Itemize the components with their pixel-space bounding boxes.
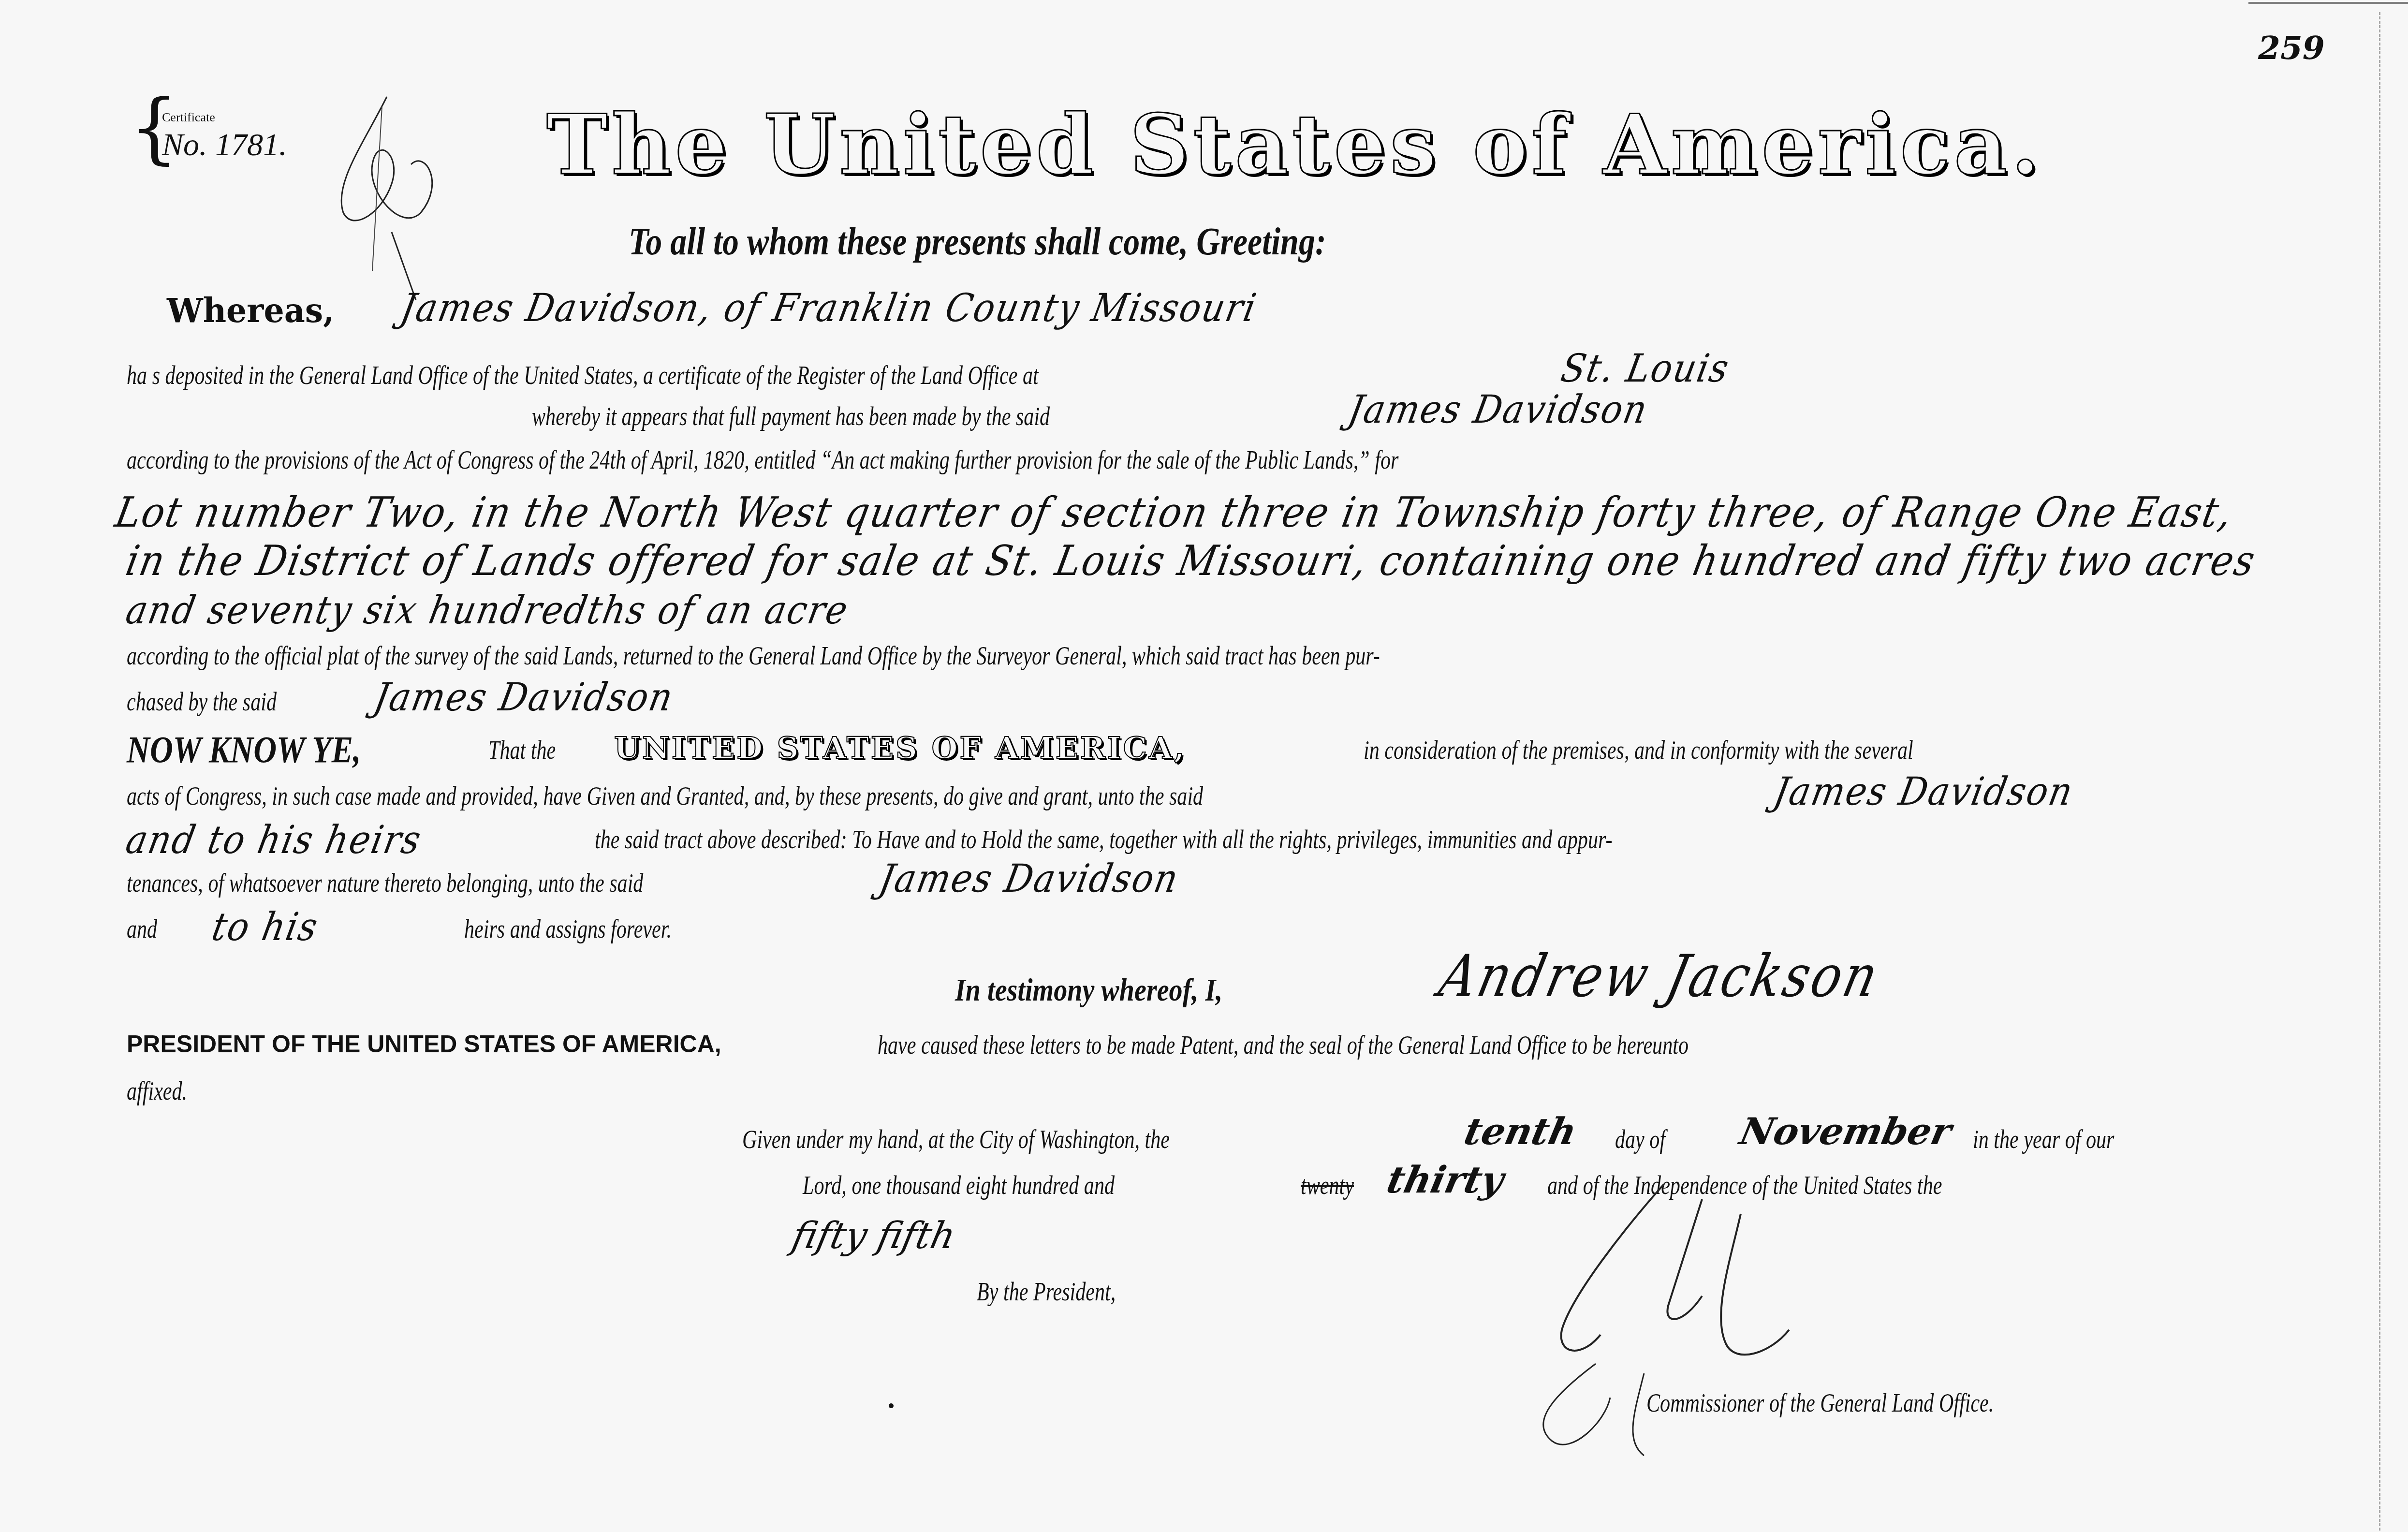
to-his: to his bbox=[208, 904, 323, 949]
month-value: November bbox=[1736, 1110, 1956, 1153]
purchased-by-clause: chased by the said bbox=[127, 687, 277, 717]
grant-clause: acts of Congress, in such case made and … bbox=[127, 781, 1203, 811]
given-clause: Given under my hand, at the City of Wash… bbox=[742, 1124, 1170, 1154]
land-description-lot: Lot number Two, in the North West quarte… bbox=[111, 488, 2237, 537]
page-edge-top bbox=[2248, 2, 2408, 4]
payer-name: James Davidson bbox=[1345, 387, 1652, 432]
land-description-district: in the District of Lands offered for sal… bbox=[122, 537, 2260, 585]
purchaser-name: James Davidson bbox=[370, 675, 677, 720]
president-title: PRESIDENT OF THE UNITED STATES OF AMERIC… bbox=[127, 1030, 721, 1058]
by-the-president: By the President, bbox=[977, 1277, 1116, 1307]
president-signature: Andrew Jackson bbox=[1433, 943, 1886, 1010]
greeting: To all to whom these presents shall come… bbox=[629, 220, 1326, 264]
grantee-name: James Davidson bbox=[1770, 769, 2077, 814]
patent-clause: have caused these letters to be made Pat… bbox=[878, 1030, 1689, 1060]
and-to-his-heirs: and to his heirs bbox=[122, 817, 426, 862]
consideration-clause: in consideration of the premises, and in… bbox=[1364, 735, 1913, 765]
united-states-of-america-banner: UNITED STATES OF AMERICA, bbox=[614, 730, 1187, 766]
commissioner-label: Commissioner of the General Land Office. bbox=[1646, 1388, 1994, 1418]
habendum-clause: the said tract above described: To Have … bbox=[595, 825, 1613, 854]
deposit-clause: ha s deposited in the General Land Offic… bbox=[127, 360, 1039, 390]
independence-year-value: fifty fifth bbox=[789, 1214, 960, 1257]
certificate-label: Certificate bbox=[162, 110, 215, 125]
and-label: and bbox=[127, 914, 157, 944]
survey-clause: according to the official plat of the su… bbox=[127, 641, 1380, 671]
land-office-location: St. Louis bbox=[1557, 346, 1733, 391]
testimony-label: In testimony whereof, I, bbox=[955, 972, 1222, 1009]
document-title: The United States of America. bbox=[546, 97, 2043, 193]
whereas-label: Whereas, bbox=[167, 290, 334, 330]
year-value: thirty bbox=[1383, 1158, 1508, 1201]
year-of-our-label: in the year of our bbox=[1973, 1124, 2114, 1154]
that-the: That the bbox=[488, 735, 556, 765]
payment-clause: whereby it appears that full payment has… bbox=[532, 401, 1050, 431]
page-edge-right bbox=[2379, 12, 2382, 1531]
ink-speck bbox=[889, 1403, 894, 1408]
affixed-label: affixed. bbox=[127, 1076, 187, 1106]
page-number: 259 bbox=[2258, 29, 2325, 67]
heirs-assigns-forever: heirs and assigns forever. bbox=[464, 914, 672, 944]
clerk-initials-flourish bbox=[314, 87, 469, 305]
land-description-acreage: and seventy six hundredths of an acre bbox=[122, 588, 852, 633]
certificate-number: No. 1781. bbox=[162, 127, 287, 163]
grantee-name-county: James Davidson, of Franklin County Misso… bbox=[397, 285, 1261, 330]
act-of-congress-clause: according to the provisions of the Act o… bbox=[127, 445, 1398, 475]
day-value: tenth bbox=[1461, 1110, 1581, 1153]
land-patent-document: 259 { Certificate No. 1781. The United S… bbox=[0, 0, 2408, 1532]
lord-year-clause: Lord, one thousand eight hundred and bbox=[803, 1170, 1115, 1200]
holder-name: James Davidson bbox=[876, 856, 1183, 901]
appurtenances-clause: tenances, of whatsoever nature thereto b… bbox=[127, 868, 643, 898]
now-know-ye: NOW KNOW YE, bbox=[127, 728, 361, 771]
struck-year-word: twenty bbox=[1301, 1170, 1354, 1200]
day-of-label: day of bbox=[1615, 1124, 1665, 1154]
